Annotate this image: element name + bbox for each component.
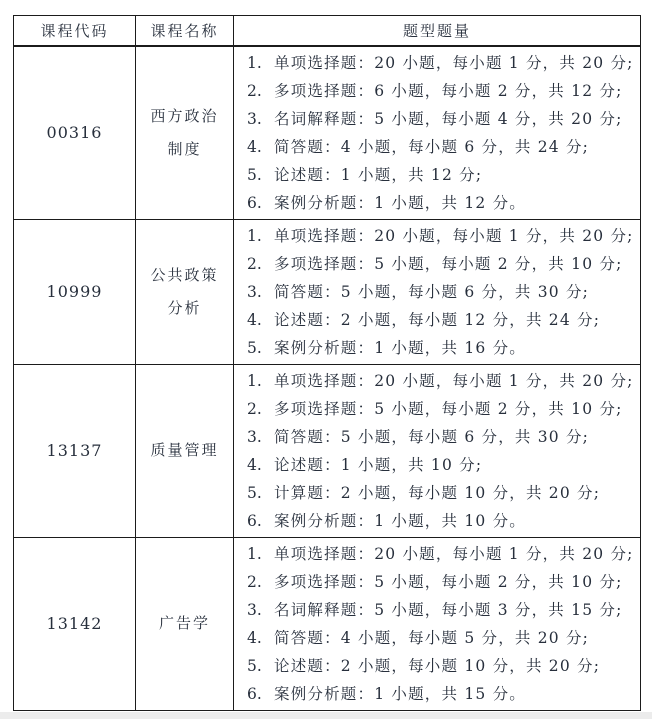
question-type-line: 2. 多项选择题：5 小题，每小题 2 分，共 10 分;	[247, 395, 632, 423]
question-type-line: 3. 简答题：5 小题，每小题 6 分，共 30 分;	[247, 423, 632, 451]
question-type-text: 多项选择题：5 小题，每小题 2 分，共 10 分;	[274, 250, 623, 278]
question-type-text: 名词解释题：5 小题，每小题 4 分，共 20 分;	[274, 105, 623, 133]
question-type-line: 2. 多项选择题：5 小题，每小题 2 分，共 10 分;	[247, 250, 632, 278]
question-type-number: 3.	[247, 105, 263, 133]
question-type-number: 4.	[247, 306, 263, 334]
question-type-line: 4. 简答题：4 小题，每小题 6 分，共 24 分;	[247, 133, 632, 161]
table-row: 13142 广告学 1. 单项选择题：20 小题，每小题 1 分，共 20 分;…	[14, 537, 641, 710]
course-name-text: 广告学	[159, 607, 210, 640]
question-type-line: 3. 名词解释题：5 小题，每小题 3 分，共 15 分;	[247, 596, 632, 624]
question-type-line: 3. 名词解释题：5 小题，每小题 4 分，共 20 分;	[247, 105, 632, 133]
question-type-line: 1. 单项选择题：20 小题，每小题 1 分，共 20 分;	[247, 222, 632, 250]
question-type-line: 6. 案例分析题：1 小题，共 10 分。	[247, 507, 632, 535]
question-type-number: 3.	[247, 423, 263, 451]
question-type-text: 名词解释题：5 小题，每小题 3 分，共 15 分;	[274, 596, 623, 624]
question-type-text: 案例分析题：1 小题，共 10 分。	[274, 507, 526, 535]
question-type-number: 5.	[247, 161, 263, 189]
question-type-number: 4.	[247, 133, 263, 161]
question-type-number: 2.	[247, 568, 263, 596]
question-type-number: 3.	[247, 278, 263, 306]
course-name-text: 西方政治制度	[149, 100, 221, 166]
question-type-line: 1. 单项选择题：20 小题，每小题 1 分，共 20 分;	[247, 540, 632, 568]
question-type-number: 4.	[247, 451, 263, 479]
question-type-line: 4. 论述题：2 小题，每小题 12 分，共 24 分;	[247, 306, 632, 334]
question-type-number: 1.	[247, 49, 263, 77]
table-row: 13137 质量管理 1. 单项选择题：20 小题，每小题 1 分，共 20 分…	[14, 364, 641, 537]
question-type-number: 5.	[247, 334, 263, 362]
exam-table-body: 00316 西方政治制度 1. 单项选择题：20 小题，每小题 1 分，共 20…	[14, 46, 641, 711]
column-header-course-code: 课程代码	[14, 16, 136, 46]
question-type-text: 论述题：1 小题，共 12 分;	[274, 161, 482, 189]
question-type-text: 简答题：5 小题，每小题 6 分，共 30 分;	[274, 278, 589, 306]
table-row: 00316 西方政治制度 1. 单项选择题：20 小题，每小题 1 分，共 20…	[14, 46, 641, 220]
table-row: 10999 公共政策分析 1. 单项选择题：20 小题，每小题 1 分，共 20…	[14, 219, 641, 364]
question-type-text: 单项选择题：20 小题，每小题 1 分，共 20 分;	[274, 49, 634, 77]
question-type-number: 5.	[247, 652, 263, 680]
question-types-cell: 1. 单项选择题：20 小题，每小题 1 分，共 20 分; 2. 多项选择题：…	[234, 537, 641, 710]
exam-structure-table: 课程代码 课程名称 题型题量 00316 西方政治制度 1. 单项选择题：20 …	[13, 15, 641, 711]
question-type-line: 3. 简答题：5 小题，每小题 6 分，共 30 分;	[247, 278, 632, 306]
course-name-text: 质量管理	[150, 434, 218, 467]
course-name-cell: 质量管理	[136, 364, 234, 537]
question-type-line: 6. 案例分析题：1 小题，共 15 分。	[247, 680, 632, 708]
page-bottom-strip	[0, 712, 652, 719]
question-type-text: 多项选择题：6 小题，每小题 2 分，共 12 分;	[274, 77, 623, 105]
question-type-line: 6. 案例分析题：1 小题，共 12 分。	[247, 189, 632, 217]
question-type-text: 单项选择题：20 小题，每小题 1 分，共 20 分;	[274, 367, 634, 395]
question-type-number: 3.	[247, 596, 263, 624]
question-type-text: 简答题：4 小题，每小题 5 分，共 20 分;	[274, 624, 589, 652]
course-code-cell: 00316	[14, 46, 136, 220]
course-name-cell: 广告学	[136, 537, 234, 710]
question-types-cell: 1. 单项选择题：20 小题，每小题 1 分，共 20 分; 2. 多项选择题：…	[234, 364, 641, 537]
question-type-number: 6.	[247, 680, 263, 708]
question-type-line: 5. 论述题：2 小题，每小题 10 分，共 20 分;	[247, 652, 632, 680]
question-type-line: 2. 多项选择题：6 小题，每小题 2 分，共 12 分;	[247, 77, 632, 105]
question-type-number: 4.	[247, 624, 263, 652]
question-type-text: 简答题：5 小题，每小题 6 分，共 30 分;	[274, 423, 589, 451]
question-type-text: 计算题：2 小题，每小题 10 分，共 20 分;	[274, 479, 600, 507]
question-type-line: 4. 论述题：1 小题，共 10 分;	[247, 451, 632, 479]
question-type-line: 5. 案例分析题：1 小题，共 16 分。	[247, 334, 632, 362]
course-name-cell: 西方政治制度	[136, 46, 234, 220]
question-type-number: 1.	[247, 367, 263, 395]
question-type-line: 1. 单项选择题：20 小题，每小题 1 分，共 20 分;	[247, 49, 632, 77]
column-header-course-name: 课程名称	[136, 16, 234, 46]
question-type-text: 案例分析题：1 小题，共 12 分。	[274, 189, 526, 217]
question-type-number: 6.	[247, 189, 263, 217]
course-code-cell: 13142	[14, 537, 136, 710]
question-type-text: 论述题：1 小题，共 10 分;	[274, 451, 482, 479]
question-type-line: 1. 单项选择题：20 小题，每小题 1 分，共 20 分;	[247, 367, 632, 395]
question-type-text: 多项选择题：5 小题，每小题 2 分，共 10 分;	[274, 568, 623, 596]
question-type-number: 5.	[247, 479, 263, 507]
course-name-cell: 公共政策分析	[136, 219, 234, 364]
question-type-number: 1.	[247, 540, 263, 568]
question-types-cell: 1. 单项选择题：20 小题，每小题 1 分，共 20 分; 2. 多项选择题：…	[234, 46, 641, 220]
question-type-number: 2.	[247, 395, 263, 423]
question-type-number: 1.	[247, 222, 263, 250]
course-name-text: 公共政策分析	[149, 259, 221, 325]
column-header-question-types: 题型题量	[234, 16, 641, 46]
question-type-text: 论述题：2 小题，每小题 10 分，共 20 分;	[274, 652, 600, 680]
question-type-line: 5. 计算题：2 小题，每小题 10 分，共 20 分;	[247, 479, 632, 507]
question-type-number: 2.	[247, 77, 263, 105]
question-type-line: 4. 简答题：4 小题，每小题 5 分，共 20 分;	[247, 624, 632, 652]
question-type-text: 案例分析题：1 小题，共 15 分。	[274, 680, 526, 708]
question-type-number: 6.	[247, 507, 263, 535]
course-code-cell: 13137	[14, 364, 136, 537]
question-type-text: 论述题：2 小题，每小题 12 分，共 24 分;	[274, 306, 600, 334]
question-type-line: 5. 论述题：1 小题，共 12 分;	[247, 161, 632, 189]
question-type-text: 单项选择题：20 小题，每小题 1 分，共 20 分;	[274, 540, 634, 568]
question-types-cell: 1. 单项选择题：20 小题，每小题 1 分，共 20 分; 2. 多项选择题：…	[234, 219, 641, 364]
question-type-text: 案例分析题：1 小题，共 16 分。	[274, 334, 526, 362]
question-type-text: 多项选择题：5 小题，每小题 2 分，共 10 分;	[274, 395, 623, 423]
question-type-number: 2.	[247, 250, 263, 278]
table-header-row: 课程代码 课程名称 题型题量	[14, 16, 641, 46]
question-type-text: 简答题：4 小题，每小题 6 分，共 24 分;	[274, 133, 589, 161]
question-type-line: 2. 多项选择题：5 小题，每小题 2 分，共 10 分;	[247, 568, 632, 596]
question-type-text: 单项选择题：20 小题，每小题 1 分，共 20 分;	[274, 222, 634, 250]
course-code-cell: 10999	[14, 219, 136, 364]
